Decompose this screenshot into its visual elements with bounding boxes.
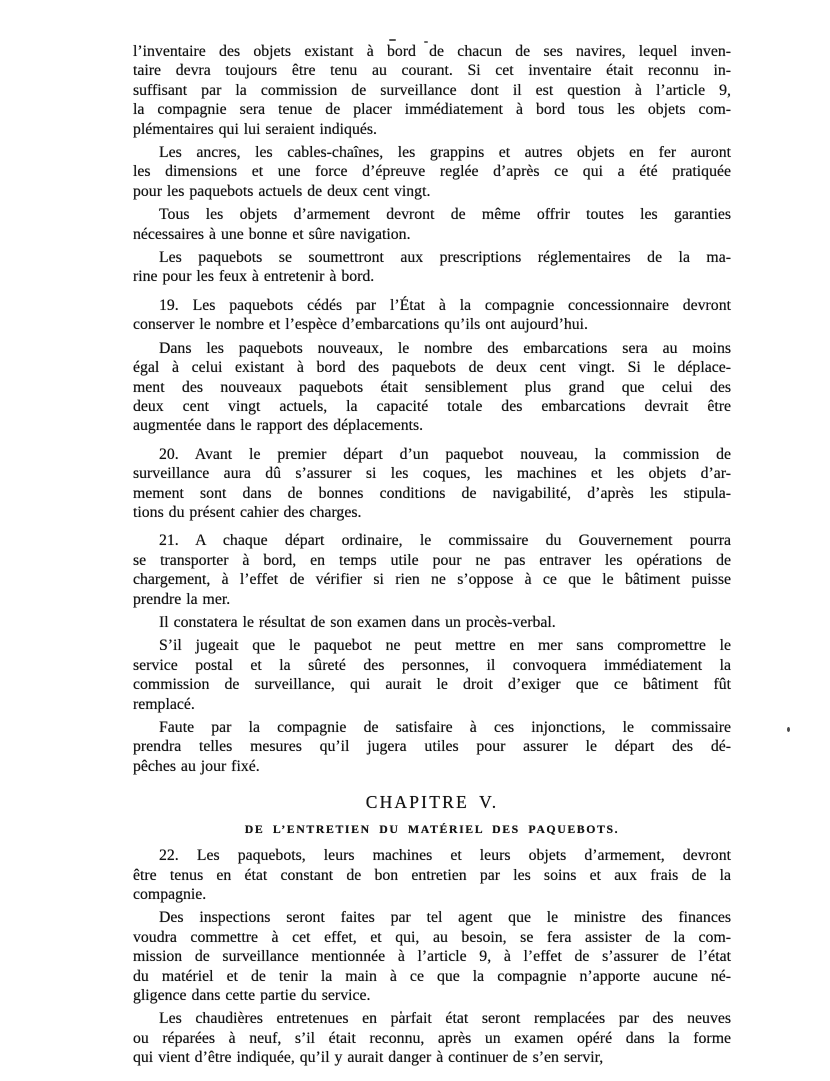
chapter-subheading: DE L’ENTRETIEN DU MATÉRIEL DES PAQUEBOTS…: [133, 822, 731, 837]
paragraph: Les ancres, les cables-chaînes, les grap…: [133, 143, 731, 201]
paragraph: S’il jugeait que le paquebot ne peut met…: [133, 636, 731, 714]
text-line: Des inspections seront faites par tel ag…: [133, 908, 731, 927]
text-line: chargement, à l’effet de vérifier si rie…: [133, 570, 731, 589]
text-line: suffisant par la commission de surveilla…: [133, 81, 731, 100]
paragraph: Dans les paquebots nouveaux, le nombre d…: [133, 339, 731, 436]
text-line: Il constatera le résultat de son examen …: [133, 613, 731, 632]
text-line: Les ancres, les cables-chaînes, les grap…: [133, 143, 731, 162]
text-line: ou réparées à neuf, s’il était reconnu, …: [133, 1029, 731, 1048]
paragraph: Tous les objets d’armement devront de mê…: [133, 205, 731, 244]
text-line: l’inventaire des objets existant à bord …: [133, 42, 731, 61]
text-line: compagnie.: [133, 885, 731, 904]
text-line: ment des nouveaux paquebots était sensib…: [133, 378, 731, 397]
text-line: service postal et la sûreté des personne…: [133, 656, 731, 675]
paragraph: Les paquebots se soumettront aux prescri…: [133, 248, 731, 287]
text-line: les dimensions et une force d’épreuve re…: [133, 162, 731, 181]
article-paragraph: 19. Les paquebots cédés par l’État à la …: [133, 296, 731, 335]
text-line: plémentaires qui lui seraient indiqués.: [133, 120, 731, 139]
page-text: l’inventaire des objets existant à bord …: [133, 42, 731, 1068]
text-line: Les paquebots se soumettront aux prescri…: [133, 248, 731, 267]
text-line: être tenus en état constant de bon entre…: [133, 866, 731, 885]
text-line: surveillance aura dû s’assurer si les co…: [133, 464, 731, 483]
paragraph: Des inspections seront faites par tel ag…: [133, 908, 731, 1005]
scan-speck: [787, 727, 790, 732]
text-line: qui vient d’être indiquée, qu’il y aurai…: [133, 1048, 731, 1067]
scan-speck: [424, 41, 428, 43]
paragraph: Il constatera le résultat de son examen …: [133, 613, 731, 632]
text-line: S’il jugeait que le paquebot ne peut met…: [133, 636, 731, 655]
text-line: Tous les objets d’armement devront de mê…: [133, 205, 731, 224]
text-line: pour les paquebots actuels de deux cent …: [133, 182, 731, 201]
text-line: rine pour les feux à entretenir à bord.: [133, 267, 731, 286]
chapter-heading: CHAPITRE V.: [133, 791, 731, 813]
text-line: nécessaires à une bonne et sûre navigati…: [133, 225, 731, 244]
text-line: Faute par la compagnie de satisfaire à c…: [133, 718, 731, 737]
text-line: deux cent vingt actuels, la capacité tot…: [133, 397, 731, 416]
text-line: 20. Avant le premier départ d’un paquebo…: [133, 445, 731, 464]
text-line: du matériel et de tenir la main à ce que…: [133, 967, 731, 986]
article-paragraph: 20. Avant le premier départ d’un paquebo…: [133, 445, 731, 523]
scan-speck: [389, 39, 396, 41]
article-paragraph: 21. A chaque départ ordinaire, le commis…: [133, 531, 731, 609]
text-line: Les chaudières entretenues en parfait ét…: [133, 1009, 731, 1028]
text-line: remplacé.: [133, 695, 731, 714]
scan-speck: [400, 1011, 402, 1014]
text-line: voudra commettre à cet effet, et qui, au…: [133, 928, 731, 947]
paragraph: Faute par la compagnie de satisfaire à c…: [133, 718, 731, 776]
text-line: conserver le nombre et l’espèce d’embarc…: [133, 315, 731, 334]
text-line: prendra telles mesures qu’il jugera util…: [133, 737, 731, 756]
text-line: 19. Les paquebots cédés par l’État à la …: [133, 296, 731, 315]
text-line: mission de surveillance mentionnée à l’a…: [133, 947, 731, 966]
paragraph: Les chaudières entretenues en parfait ét…: [133, 1009, 731, 1067]
document-page: l’inventaire des objets existant à bord …: [0, 0, 830, 1081]
text-line: prendre la mer.: [133, 590, 731, 609]
paragraph: l’inventaire des objets existant à bord …: [133, 42, 731, 139]
text-line: commission de surveillance, qui aurait l…: [133, 675, 731, 694]
article-paragraph: 22. Les paquebots, leurs machines et leu…: [133, 846, 731, 904]
text-line: 21. A chaque départ ordinaire, le commis…: [133, 531, 731, 550]
text-line: augmentée dans le rapport des déplacemen…: [133, 416, 731, 435]
text-line: tions du présent cahier des charges.: [133, 503, 731, 522]
text-line: égal à celui existant à bord des paquebo…: [133, 358, 731, 377]
text-line: taire devra toujours être tenu au couran…: [133, 61, 731, 80]
text-line: la compagnie sera tenue de placer immédi…: [133, 100, 731, 119]
text-line: pêches au jour fixé.: [133, 757, 731, 776]
text-line: 22. Les paquebots, leurs machines et leu…: [133, 846, 731, 865]
text-line: Dans les paquebots nouveaux, le nombre d…: [133, 339, 731, 358]
text-line: se transporter à bord, en temps utile po…: [133, 551, 731, 570]
text-line: gligence dans cette partie du service.: [133, 986, 731, 1005]
text-line: mement sont dans de bonnes conditions de…: [133, 484, 731, 503]
